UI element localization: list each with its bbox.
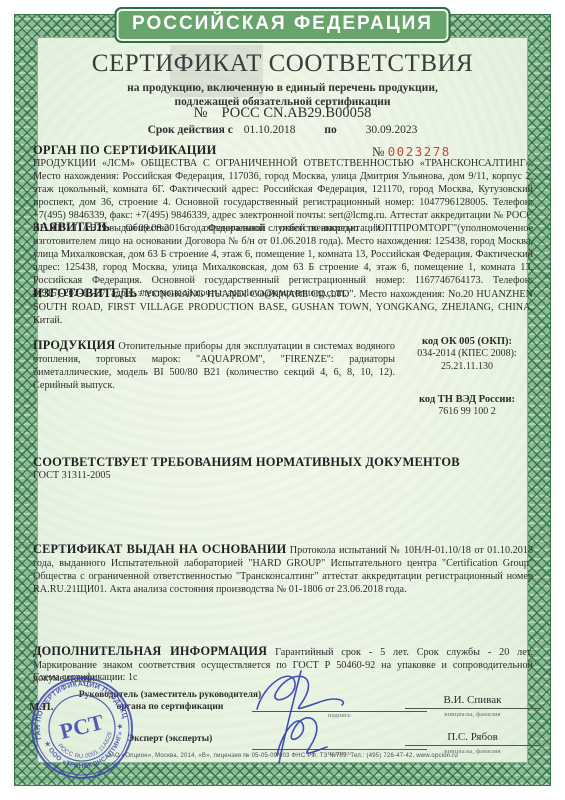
section-issued: СЕРТИФИКАТ ВЫДАН НА ОСНОВАНИИ Протокола … [33, 543, 533, 596]
head-name: В.И. Спивак [405, 694, 540, 709]
okp-code: 25.21.11.130 [398, 361, 536, 373]
manufacturer-heading: ИЗГОТОВИТЕЛЬ [33, 286, 137, 300]
certificate-number-line: №РОСС CN.АВ29.В00058 [0, 105, 565, 122]
validity-to-label: по [324, 124, 336, 136]
stamp-place-label: М.П. [29, 701, 53, 713]
okp-code-block: код ОК 005 (ОКП): 034-2014 (КПЕС 2008): … [398, 336, 536, 373]
issued-heading: СЕРТИФИКАТ ВЫДАН НА ОСНОВАНИИ [33, 542, 286, 556]
validity-line: Срок действия с 01.10.2018 по 30.09.2023 [0, 124, 565, 136]
number-sign: № [194, 105, 208, 121]
applicant-heading: ЗАЯВИТЕЛЬ [33, 220, 110, 234]
certificate-number: РОСС CN.АВ29.В00058 [222, 105, 372, 121]
certificate-title: СЕРТИФИКАТ СООТВЕТСТВИЯ [0, 50, 565, 78]
tnved-label: код ТН ВЭД России: [398, 394, 536, 406]
okp-line2: 034-2014 (КПЕС 2008): [398, 348, 536, 360]
expert-name: П.С. Рябов [405, 731, 540, 746]
head-name-caption: инициалы, фамилия [405, 712, 540, 718]
tnved-code: 7616 99 100 2 [398, 406, 536, 418]
tnved-code-block: код ТН ВЭД России: 7616 99 100 2 [398, 394, 536, 417]
okp-label: код ОК 005 (ОКП): [398, 336, 536, 348]
country-banner: РОССИЙСКАЯ ФЕДЕРАЦИЯ [114, 7, 451, 43]
validity-from-date: 01.10.2018 [244, 124, 296, 136]
certificate-page: РОССИЙСКАЯ ФЕДЕРАЦИЯ СЕРТИФИКАТ СООТВЕТС… [0, 0, 565, 800]
section-manufacturer: ИЗГОТОВИТЕЛЬ "YONGKANG HUANDI COOKWARE C… [33, 287, 533, 327]
handwritten-signature-icon [243, 663, 373, 768]
section-product: ПРОДУКЦИЯ Отопительные приборы для экспл… [33, 339, 395, 392]
section-organ-heading: ОРГАН ПО СЕРТИФИКАЦИИ [33, 143, 217, 158]
conformity-standard: ГОСТ 31311-2005 [33, 469, 533, 482]
rst-mark-icon: РСТ [57, 709, 106, 744]
subtitle-line-1: на продукцию, включенную в единый перече… [0, 81, 565, 95]
validity-to-date: 30.09.2023 [366, 124, 418, 136]
section-conformity-heading: СООТВЕТСТВУЕТ ТРЕБОВАНИЯМ НОРМАТИВНЫХ ДО… [33, 455, 460, 470]
additional-heading: ДОПОЛНИТЕЛЬНАЯ ИНФОРМАЦИЯ [33, 644, 267, 658]
validity-label: Срок действия с [148, 124, 233, 136]
product-heading: ПРОДУКЦИЯ [33, 338, 115, 352]
